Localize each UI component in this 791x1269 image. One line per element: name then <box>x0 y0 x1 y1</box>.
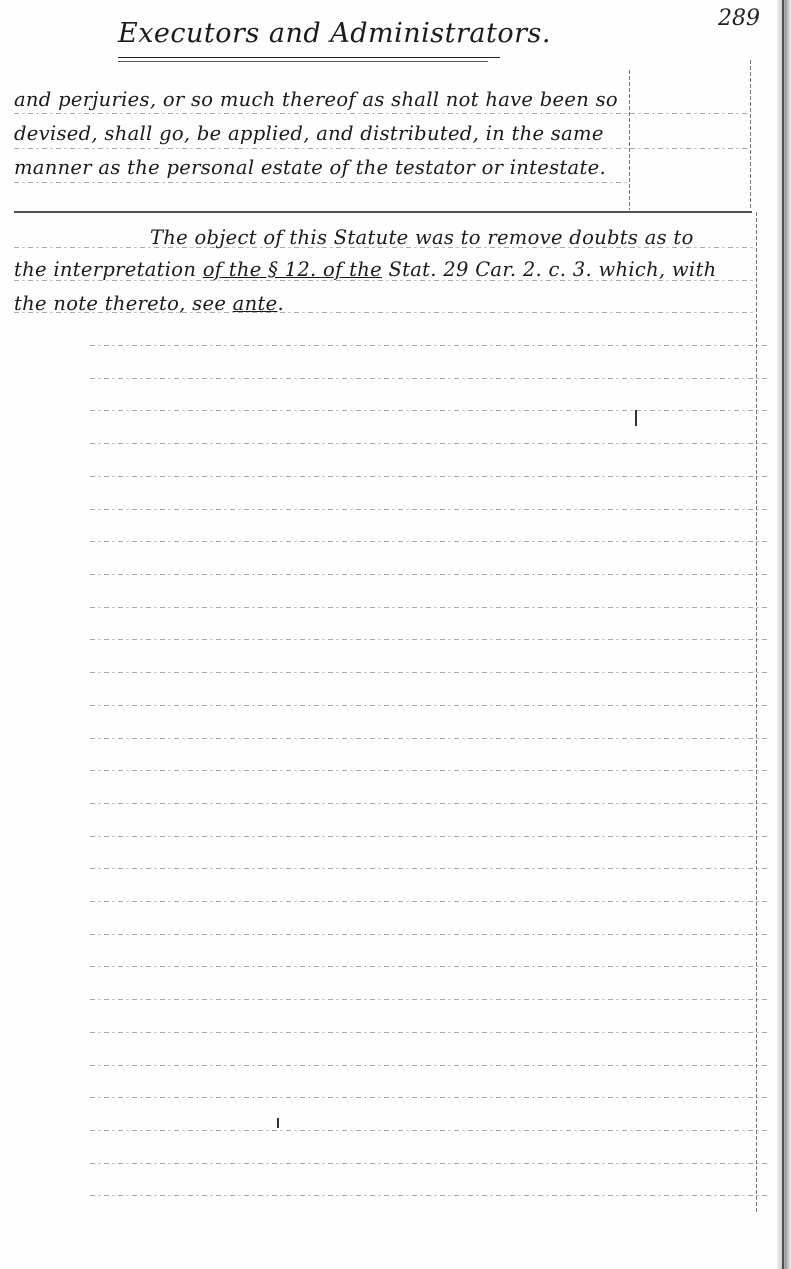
text-line: and perjuries, or so much thereof as sha… <box>14 88 618 111</box>
text-span: . <box>277 292 284 315</box>
cross-reference: ante <box>233 292 278 315</box>
ruled-line <box>90 836 770 837</box>
ruled-line <box>90 672 770 673</box>
ruled-line <box>90 410 770 411</box>
page-number: 289 <box>718 6 760 31</box>
text-line: the interpretation of the § 12. of the S… <box>14 258 716 281</box>
page-heading: Executors and Administrators. <box>118 18 551 49</box>
heading-underline <box>118 57 500 58</box>
text-line: the note thereto, see ante. <box>14 292 284 315</box>
text-span: the interpretation <box>14 258 203 281</box>
right-margin-line <box>756 212 757 1212</box>
margin-box-right-line <box>750 60 751 210</box>
ruled-line <box>90 966 770 967</box>
manuscript-page: Executors and Administrators. 289 and pe… <box>0 0 791 1269</box>
ruled-line <box>90 1130 770 1131</box>
page-edge <box>782 0 784 1269</box>
ruled-line <box>90 541 770 542</box>
ruled-line <box>90 1032 770 1033</box>
ruled-line <box>90 639 770 640</box>
ruled-line <box>90 443 770 444</box>
text-line: devised, shall go, be applied, and distr… <box>14 122 604 145</box>
margin-box-left-line <box>629 70 630 210</box>
ruled-line <box>90 345 770 346</box>
ruled-line <box>90 1065 770 1066</box>
section-divider <box>14 211 752 213</box>
ruled-line <box>90 509 770 510</box>
ruled-line <box>90 999 770 1000</box>
statute-reference: of the § 12. of the <box>203 258 382 281</box>
ruled-line <box>90 901 770 902</box>
ruled-line <box>630 113 750 114</box>
ruled-line <box>90 705 770 706</box>
ruled-line <box>90 738 770 739</box>
ruled-line <box>630 148 750 149</box>
text-line: manner as the personal estate of the tes… <box>14 156 606 179</box>
ruled-line <box>90 607 770 608</box>
ruled-line <box>90 934 770 935</box>
ruled-line <box>14 113 629 114</box>
ruled-line <box>90 770 770 771</box>
ruled-line <box>90 476 770 477</box>
ruled-line <box>90 1195 770 1196</box>
ruled-line <box>90 803 770 804</box>
text-span: Stat. 29 Car. 2. c. 3. which, with <box>382 258 717 281</box>
ruled-line <box>90 378 770 379</box>
page-binding <box>777 0 791 1269</box>
ruled-line <box>90 1097 770 1098</box>
ruled-line <box>14 148 629 149</box>
ruled-line <box>90 574 770 575</box>
text-line: The object of this Statute was to remove… <box>150 226 694 249</box>
heading-underline-second <box>118 61 488 62</box>
ink-mark <box>277 1118 279 1128</box>
ruled-line <box>14 182 629 183</box>
ruled-line <box>90 1163 770 1164</box>
ink-mark <box>635 410 637 426</box>
text-span: the note thereto, see <box>14 292 233 315</box>
ruled-line <box>90 868 770 869</box>
